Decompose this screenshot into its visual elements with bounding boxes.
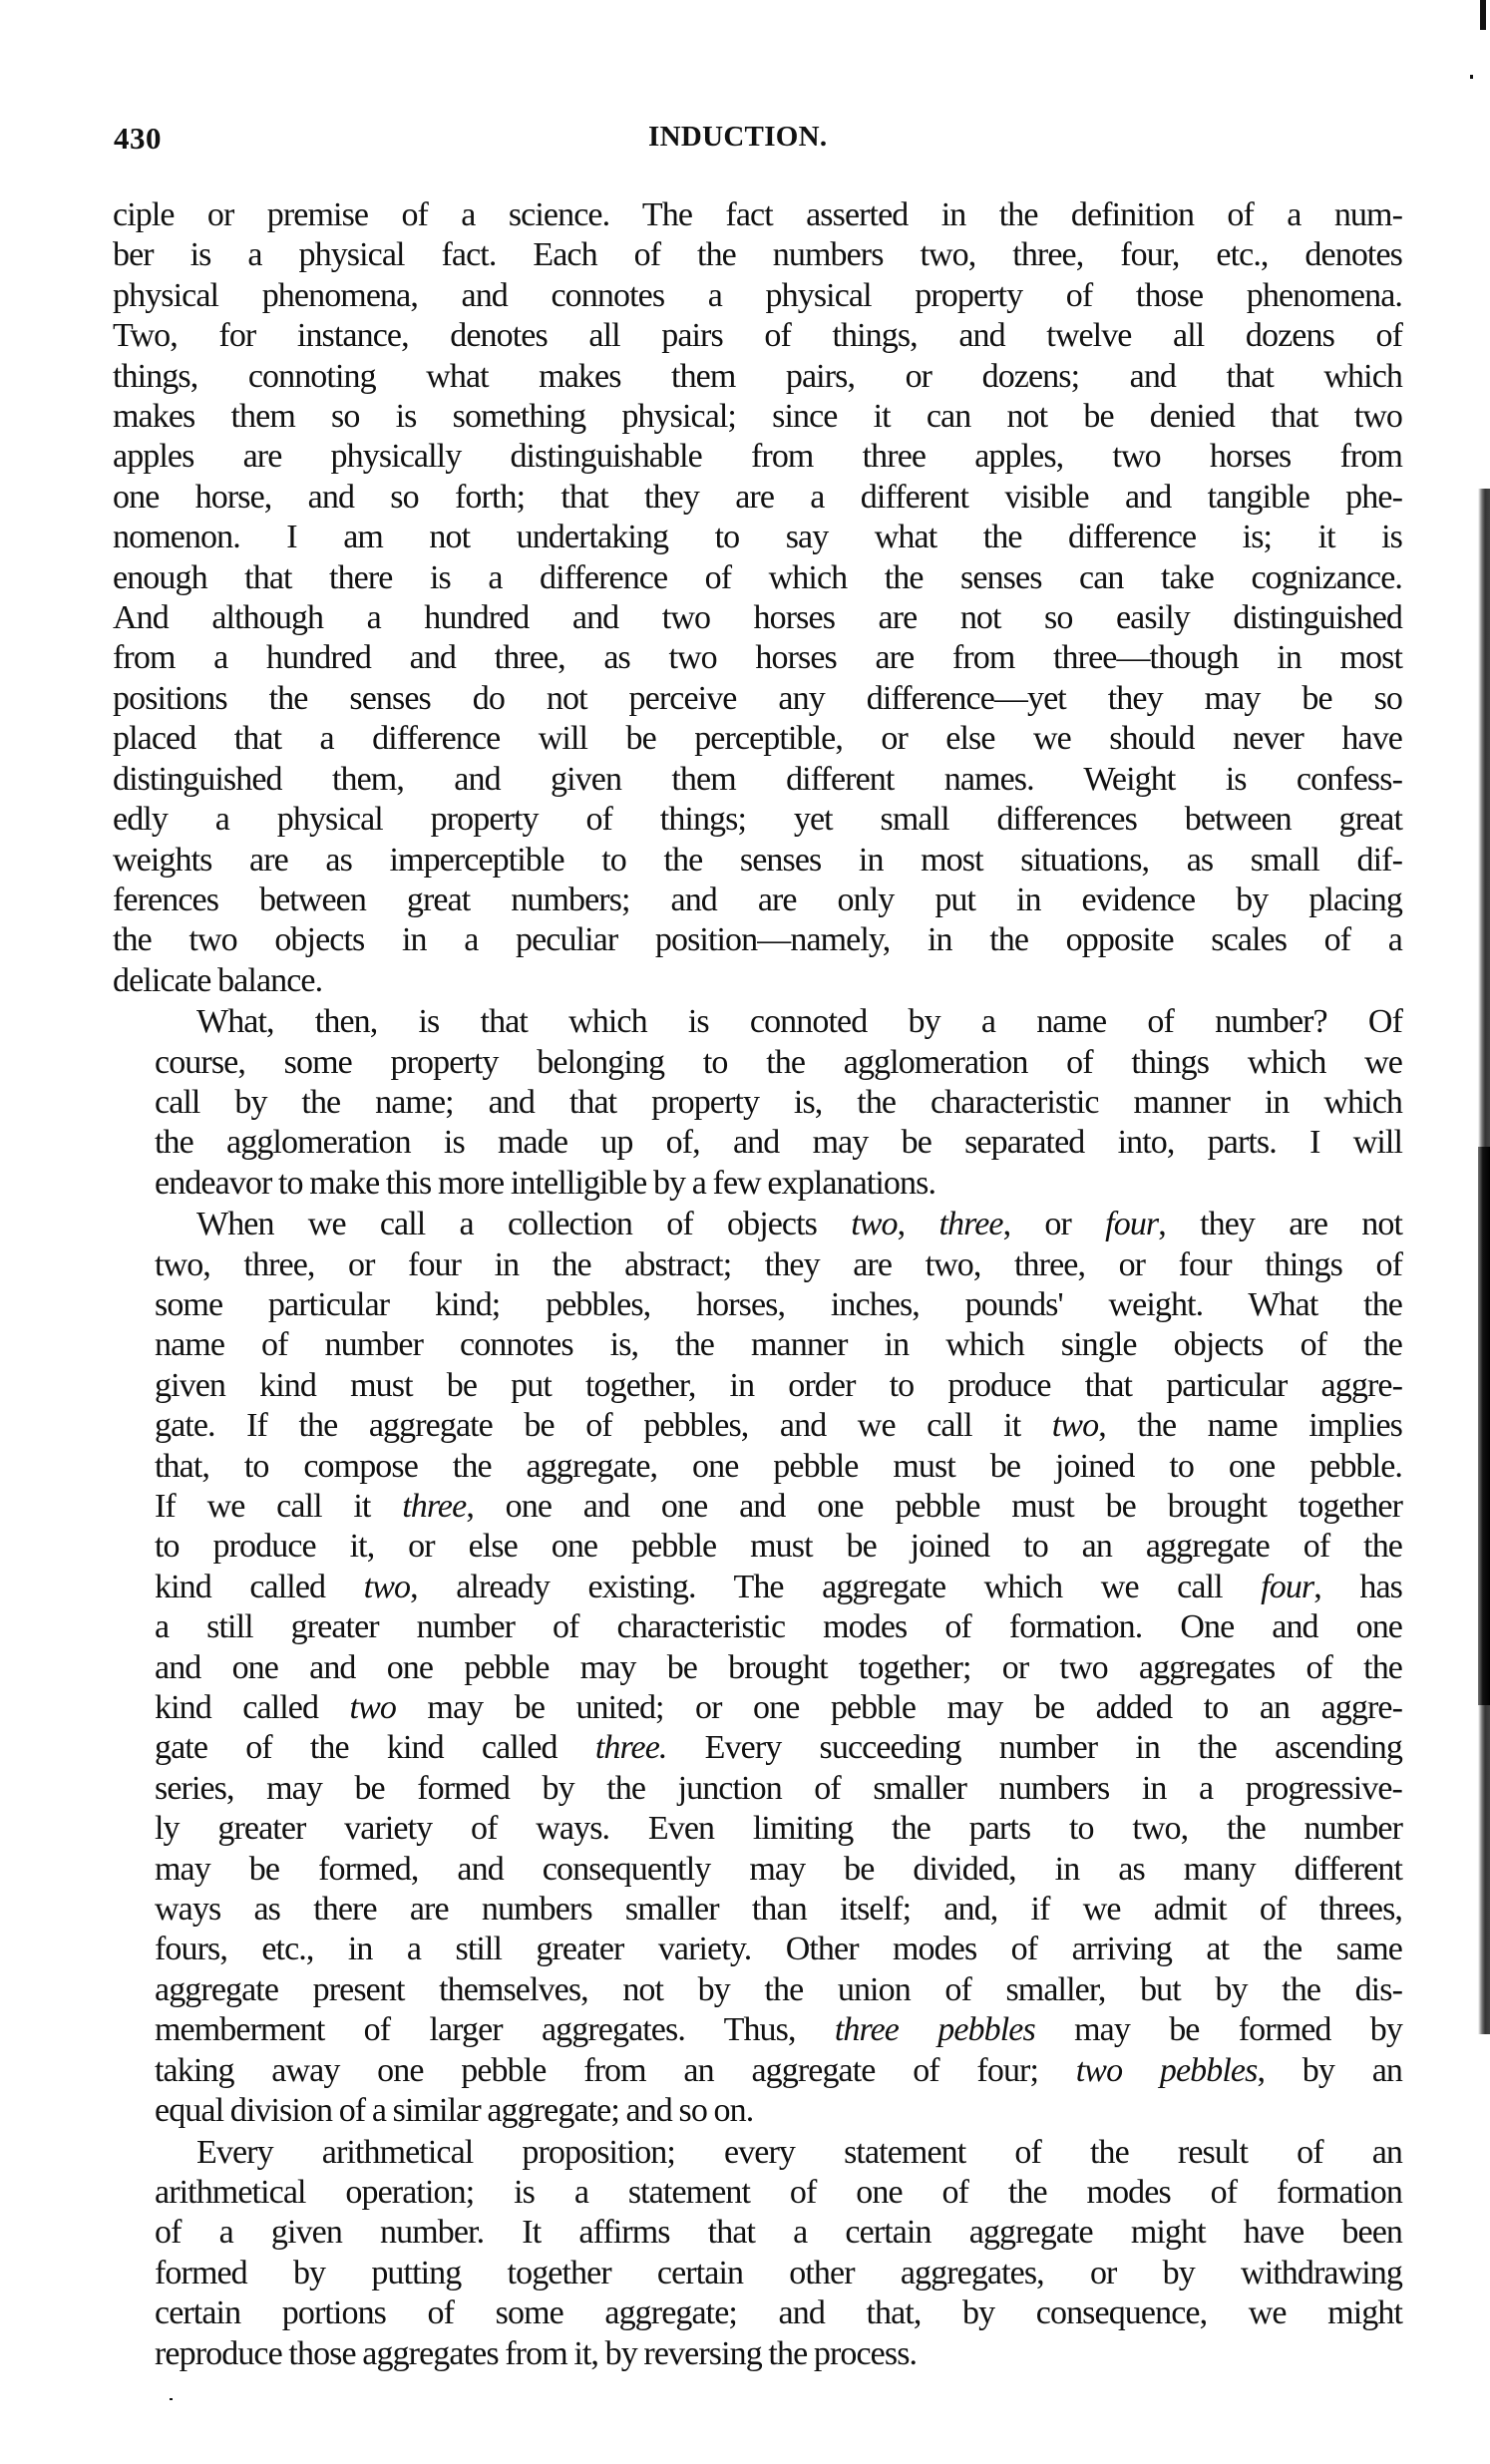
text-line: series, may be formed by the junction of… bbox=[113, 1769, 1402, 1809]
text-line: If we call it three, one and one and one… bbox=[113, 1487, 1402, 1527]
text-line: certain portions of some aggregate; and … bbox=[113, 2293, 1402, 2333]
text-line: call by the name; and that property is, … bbox=[113, 1083, 1402, 1123]
text-line: taking away one pebble from an aggregate… bbox=[113, 2051, 1402, 2091]
italic-term: three bbox=[938, 1206, 1002, 1242]
text-line: reproduce those aggregates from it, by r… bbox=[113, 2334, 1402, 2374]
text-line: ciple or premise of a science. The fact … bbox=[113, 195, 1402, 235]
italic-term: three bbox=[402, 1488, 466, 1525]
text-line: memberment of larger aggregates. Thus, t… bbox=[113, 2010, 1402, 2050]
text-line: physical phenomena, and connotes a physi… bbox=[113, 276, 1402, 316]
scan-speck bbox=[1470, 75, 1473, 79]
text-line: of a given number. It affirms that a cer… bbox=[113, 2213, 1402, 2253]
text-line: When we call a collection of objects two… bbox=[113, 1205, 1402, 1244]
italic-term: two pebbles bbox=[1076, 2052, 1258, 2089]
text-line: one horse, and so forth; that they are a… bbox=[113, 478, 1402, 518]
italic-term: two bbox=[851, 1206, 897, 1242]
text-line: ferences between great numbers; and are … bbox=[113, 880, 1402, 920]
text-line: that, to compose the aggregate, one pebb… bbox=[113, 1447, 1402, 1487]
text-line: endeavor to make this more intelligible … bbox=[113, 1164, 1402, 1204]
text-line: gate. If the aggregate be of pebbles, an… bbox=[113, 1406, 1402, 1446]
text-line: Two, for instance, denotes all pairs of … bbox=[113, 316, 1402, 356]
text-line: two, three, or four in the abstract; the… bbox=[113, 1245, 1402, 1285]
text-line: delicate balance. bbox=[113, 961, 1402, 1001]
paragraph: What, then, is that which is connoted by… bbox=[113, 1002, 1402, 1204]
text-line: equal division of a similar aggregate; a… bbox=[113, 2091, 1402, 2131]
text-line: weights are as imperceptible to the sens… bbox=[113, 841, 1402, 880]
scan-speck bbox=[1480, 0, 1486, 30]
paragraph: ciple or premise of a science. The fact … bbox=[113, 195, 1402, 1001]
text-line: course, some property belonging to the a… bbox=[113, 1043, 1402, 1083]
text-line: distinguished them, and given them diffe… bbox=[113, 760, 1402, 800]
text-line: a still greater number of characteristic… bbox=[113, 1607, 1402, 1647]
text-line: from a hundred and three, as two horses … bbox=[113, 638, 1402, 678]
text-line: apples are physically distinguishable fr… bbox=[113, 437, 1402, 477]
text-line: placed that a difference will be percept… bbox=[113, 719, 1402, 759]
text-line: positions the senses do not perceive any… bbox=[113, 679, 1402, 719]
italic-term: two bbox=[350, 1689, 396, 1726]
text-line: And although a hundred and two horses ar… bbox=[113, 598, 1402, 638]
text-line: aggregate present themselves, not by the… bbox=[113, 1970, 1402, 2010]
text-line: and one and one pebble may be brought to… bbox=[113, 1648, 1402, 1688]
text-line: nomenon. I am not undertaking to say wha… bbox=[113, 518, 1402, 557]
italic-term: two bbox=[364, 1569, 410, 1605]
text-line: given kind must be put together, in orde… bbox=[113, 1366, 1402, 1406]
text-line: formed by putting together certain other… bbox=[113, 2254, 1402, 2293]
text-line: kind called two, already existing. The a… bbox=[113, 1568, 1402, 1607]
italic-term: two bbox=[1052, 1407, 1098, 1444]
text-line: the agglomeration is made up of, and may… bbox=[113, 1123, 1402, 1163]
text-line: the two objects in a peculiar position—n… bbox=[113, 920, 1402, 960]
text-line: to produce it, or else one pebble must b… bbox=[113, 1527, 1402, 1567]
text-line: fours, etc., in a still greater variety.… bbox=[113, 1930, 1402, 1969]
text-line: edly a physical property of things; yet … bbox=[113, 800, 1402, 840]
body-text: ciple or premise of a science. The fact … bbox=[113, 195, 1402, 2375]
paragraph: Every arithmetical proposition; every st… bbox=[113, 2133, 1402, 2374]
page-number: 430 bbox=[114, 121, 162, 157]
text-line: gate of the kind called three. Every suc… bbox=[113, 1728, 1402, 1768]
text-line: enough that there is a difference of whi… bbox=[113, 558, 1402, 598]
text-line: name of number connotes is, the manner i… bbox=[113, 1325, 1402, 1365]
text-line: may be formed, and consequently may be d… bbox=[113, 1850, 1402, 1890]
text-line: Every arithmetical proposition; every st… bbox=[113, 2133, 1402, 2173]
text-line: ber is a physical fact. Each of the numb… bbox=[113, 235, 1402, 275]
text-line: arithmetical operation; is a statement o… bbox=[113, 2173, 1402, 2213]
text-line: ly greater variety of ways. Even limitin… bbox=[113, 1809, 1402, 1849]
paragraph: When we call a collection of objects two… bbox=[113, 1205, 1402, 2131]
italic-term: four bbox=[1261, 1569, 1313, 1605]
text-line: ways as there are numbers smaller than i… bbox=[113, 1890, 1402, 1930]
italic-term: three pebbles bbox=[835, 2011, 1035, 2048]
text-line: some particular kind; pebbles, horses, i… bbox=[113, 1285, 1402, 1325]
running-title: INDUCTION. bbox=[648, 121, 827, 154]
scan-speck bbox=[170, 2398, 173, 2400]
italic-term: three. bbox=[595, 1729, 667, 1766]
text-line: makes them so is something physical; sin… bbox=[113, 397, 1402, 437]
binding-edge-shadow-dense bbox=[1478, 1147, 1490, 1705]
text-line: What, then, is that which is connoted by… bbox=[113, 1002, 1402, 1042]
text-line: things, connoting what makes them pairs,… bbox=[113, 357, 1402, 397]
italic-term: four bbox=[1105, 1206, 1158, 1242]
text-line: kind called two may be united; or one pe… bbox=[113, 1688, 1402, 1728]
